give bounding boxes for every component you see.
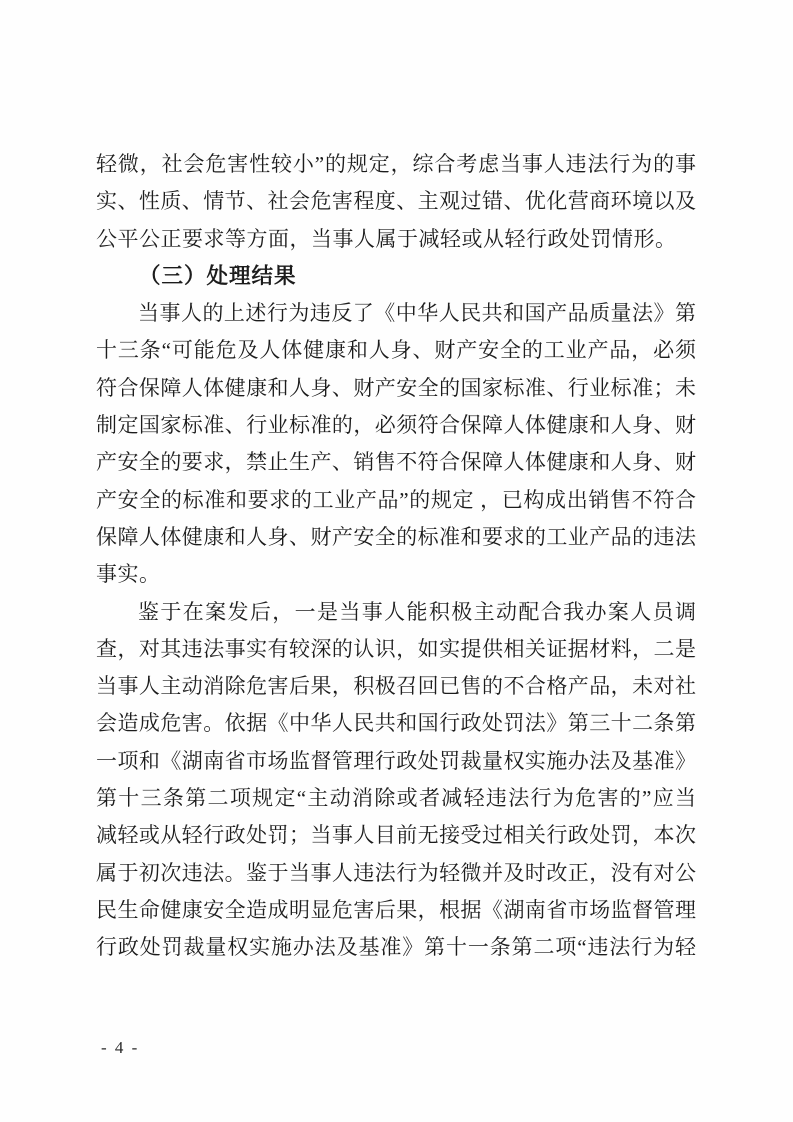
text-line: 第十三条第二项规定“主动消除或者减轻违法行为危害的”应当 <box>96 780 696 817</box>
text-line: 会造成危害。依据《中华人民共和国行政处罚法》第三十二条第 <box>96 705 696 742</box>
text-line: 鉴于在案发后，一是当事人能积极主动配合我办案人员调 <box>96 594 696 631</box>
text-line: 当事人的上述行为违反了《中华人民共和国产品质量法》第 <box>96 295 696 332</box>
text-line: 当事人主动消除危害后果，积极召回已售的不合格产品，未对社 <box>96 668 696 705</box>
document-body: 轻微，社会危害性较小”的规定，综合考虑当事人违法行为的事 实、性质、情节、社会危… <box>96 146 696 967</box>
document-page: 轻微，社会危害性较小”的规定，综合考虑当事人违法行为的事 实、性质、情节、社会危… <box>0 0 793 1122</box>
text-line: 产安全的要求，禁止生产、销售不符合保障人体健康和人身、财 <box>96 444 696 481</box>
text-line: 查，对其违法事实有较深的认识，如实提供相关证据材料，二是 <box>96 631 696 668</box>
text-line: 行政处罚裁量权实施办法及基准》第十一条第二项“违法行为轻 <box>96 929 696 966</box>
text-line: 民生命健康安全造成明显危害后果，根据《湖南省市场监督管理 <box>96 892 696 929</box>
text-line: 十三条“可能危及人体健康和人身、财产安全的工业产品，必须 <box>96 332 696 369</box>
text-line: 保障人体健康和人身、财产安全的标准和要求的工业产品的违法 <box>96 519 696 556</box>
section-heading: （三）处理结果 <box>96 258 696 295</box>
text-line: 实、性质、情节、社会危害程度、主观过错、优化营商环境以及 <box>96 183 696 220</box>
text-line: 减轻或从轻行政处罚；当事人目前无接受过相关行政处罚，本次 <box>96 817 696 854</box>
text-line: 轻微，社会危害性较小”的规定，综合考虑当事人违法行为的事 <box>96 146 696 183</box>
text-line: 产安全的标准和要求的工业产品”的规定 ，已构成出销售不符合 <box>96 482 696 519</box>
text-line: 公平公正要求等方面，当事人属于减轻或从轻行政处罚情形。 <box>96 221 696 258</box>
text-line: 制定国家标准、行业标准的，必须符合保障人体健康和人身、财 <box>96 407 696 444</box>
text-line: 事实。 <box>96 556 696 593</box>
page-number: - 4 - <box>101 1038 139 1058</box>
text-line: 符合保障人体健康和人身、财产安全的国家标准、行业标准；未 <box>96 370 696 407</box>
text-line: 一项和《湖南省市场监督管理行政处罚裁量权实施办法及基准》 <box>96 743 696 780</box>
text-line: 属于初次违法。鉴于当事人违法行为轻微并及时改正，没有对公 <box>96 855 696 892</box>
